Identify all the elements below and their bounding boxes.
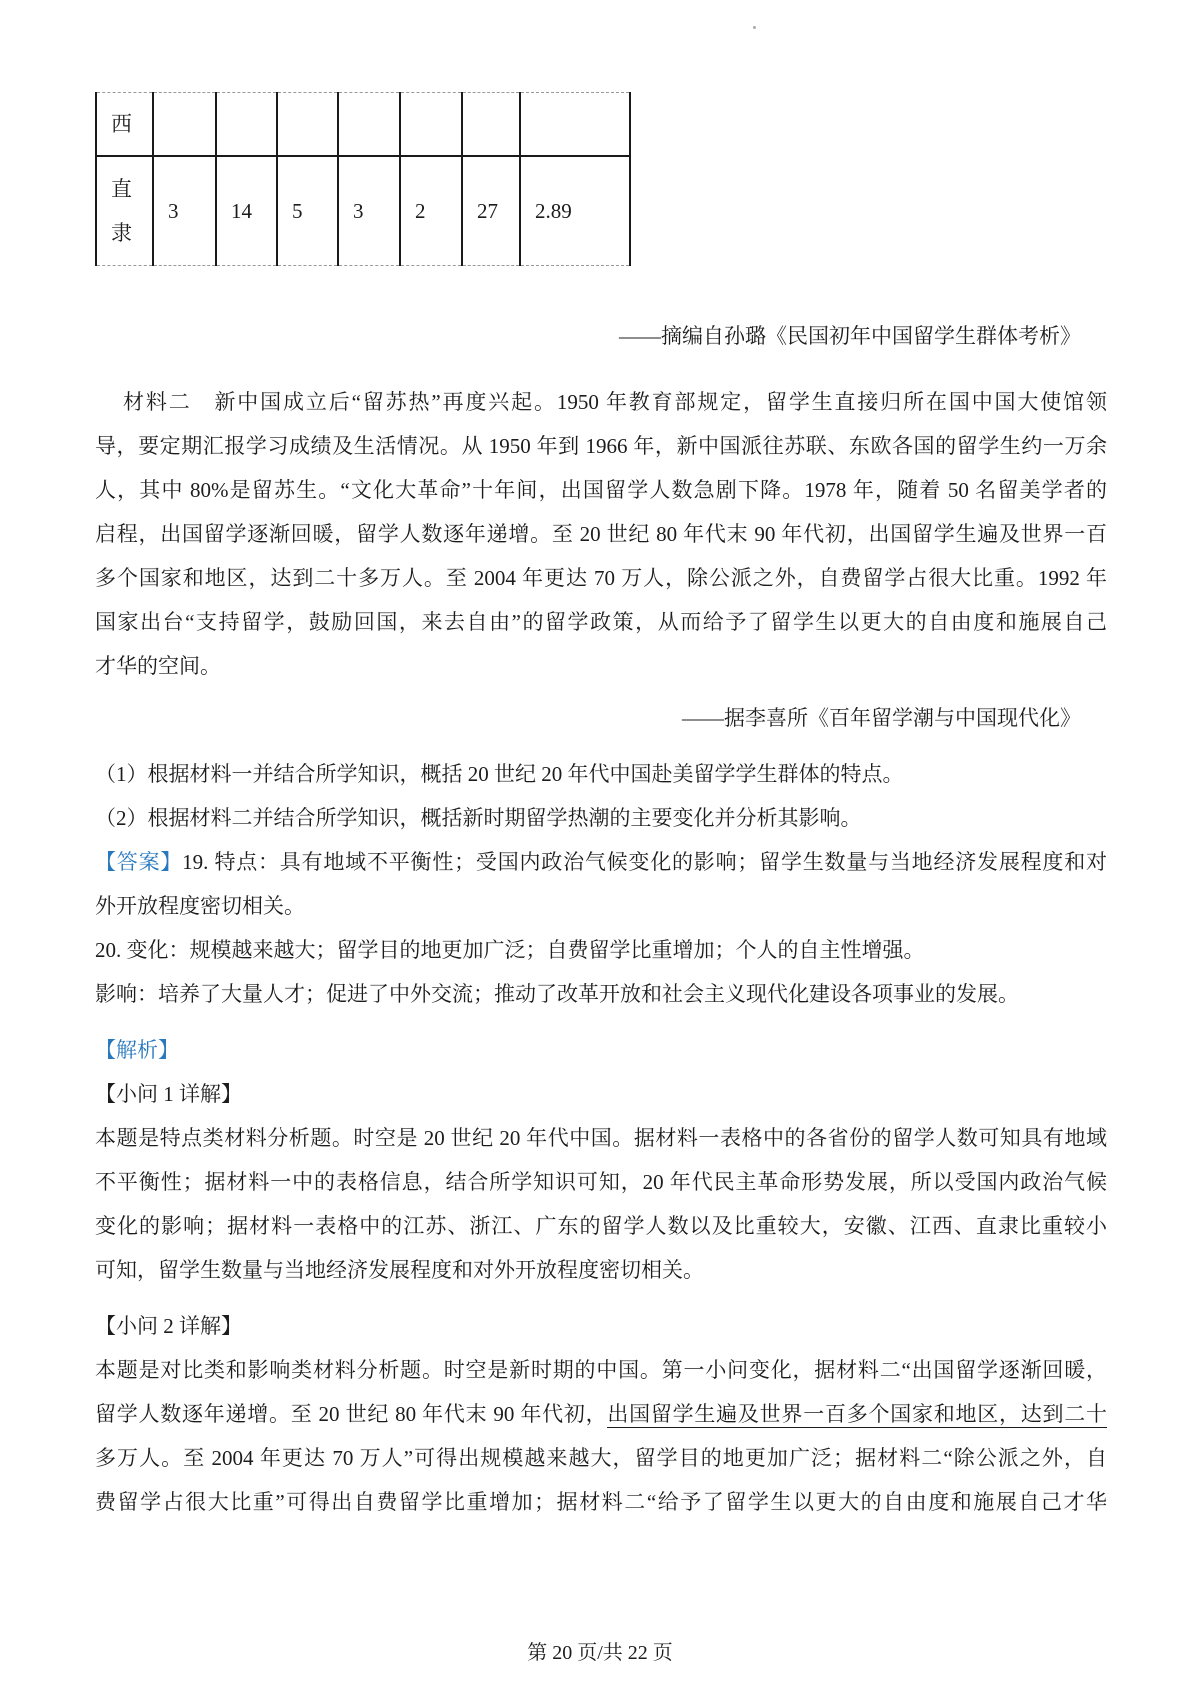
exam-document-page: { "page": { "footer": "第 20 页/共 22 页" },… [0, 0, 1200, 1698]
footer-page-number: 第 20 页/共 22 页 [0, 1638, 1200, 1668]
material2-line: 才华的空间。 [95, 644, 1107, 688]
table-cell [400, 93, 462, 157]
analysis-label: 【解析】 [95, 1028, 1107, 1072]
table-cell [277, 93, 338, 157]
table-row-xi: 西 [96, 93, 630, 157]
table-cell: 27 [462, 156, 520, 266]
material2-line: 导，要定期汇报学习成绩及生活情况。从 1950 年到 1966 年，新中国派往苏… [95, 424, 1107, 468]
subquestion-1-explanation: 本题是特点类材料分析题。时空是 20 世纪 20 年代中国。据材料一表格中的各省… [95, 1116, 1107, 1292]
subquestion-2-header: 【小问 2 详解】 [95, 1304, 1107, 1348]
subquestion-2-explanation: 本题是对比类和影响类材料分析题。时空是新时期的中国。第一小问变化，据材料二“出国… [95, 1348, 1107, 1524]
answer-line: 外开放程度密切相关。 [95, 884, 1107, 928]
table-cell: 3 [338, 156, 400, 266]
answer-line: 【答案】19. 特点：具有地域不平衡性；受国内政治气候变化的影响；留学生数量与当… [95, 840, 1107, 884]
answer-label: 【答案】 [95, 850, 182, 874]
explanation-line: 可知，留学生数量与当地经济发展程度和对外开放程度密切相关。 [95, 1248, 1107, 1292]
underlined-quote: 出国留学生遍及世界一百多个国家和地区，达到二十 [607, 1402, 1107, 1428]
material2-line: 国家出台“支持留学，鼓励回国，来去自由”的留学政策，从而给予了留学生以更大的自由… [95, 600, 1107, 644]
explanation-line: 留学人数逐年递增。至 20 世纪 80 年代末 90 年代初，出国留学生遍及世界… [95, 1392, 1107, 1436]
table-cell [462, 93, 520, 157]
explanation-line: 多万人。至 2004 年更达 70 万人”可得出规模越来越大，留学目的地更加广泛… [95, 1436, 1107, 1480]
table-cell [153, 93, 216, 157]
explanation-line: 本题是对比类和影响类材料分析题。时空是新时期的中国。第一小问变化，据材料二“出国… [95, 1348, 1107, 1392]
explanation-text: 留学人数逐年递增。至 20 世纪 80 年代末 90 年代初， [95, 1402, 607, 1426]
material2-line: 材料二 新中国成立后“留苏热”再度兴起。1950 年教育部规定，留学生直接归所在… [95, 380, 1107, 424]
question-2: （2）根据材料二并结合所学知识，概括新时期留学热潮的主要变化并分析其影响。 [95, 796, 1107, 840]
table-cell: 14 [216, 156, 277, 266]
study-abroad-province-table: 西 直隶 3 14 5 3 2 27 2.89 [95, 92, 631, 266]
answer-line: 影响：培养了大量人才；促进了中外交流；推动了改革开放和社会主义现代化建设各项事业… [95, 972, 1107, 1016]
table-cell [338, 93, 400, 157]
material2-source-attribution: ——据李喜所《百年留学潮与中国现代化》 [95, 696, 1107, 740]
explanation-line: 变化的影响；据材料一表格中的江苏、浙江、广东的留学人数以及比重较大，安徽、江西、… [95, 1204, 1107, 1248]
table-cell: 2.89 [520, 156, 630, 266]
question-1: （1）根据材料一并结合所学知识，概括 20 世纪 20 年代中国赴美留学学生群体… [95, 752, 1107, 796]
material2-line: 多个国家和地区，达到二十多万人。至 2004 年更达 70 万人，除公派之外，自… [95, 556, 1107, 600]
explanation-line: 本题是特点类材料分析题。时空是 20 世纪 20 年代中国。据材料一表格中的各省… [95, 1116, 1107, 1160]
table-row-zhili: 直隶 3 14 5 3 2 27 2.89 [96, 156, 630, 266]
material2-paragraph: 材料二 新中国成立后“留苏热”再度兴起。1950 年教育部规定，留学生直接归所在… [95, 380, 1107, 688]
page-content: 西 直隶 3 14 5 3 2 27 2.89 ——摘编自孙璐《民国初年中国留学… [95, 0, 1107, 1524]
subquestion-1-header: 【小问 1 详解】 [95, 1072, 1107, 1116]
table-cell [216, 93, 277, 157]
answer-text: 19. 特点：具有地域不平衡性；受国内政治气候变化的影响；留学生数量与当地经济发… [182, 850, 1107, 874]
material2-line: 启程，出国留学逐渐回暖，留学人数逐年递增。至 20 世纪 80 年代末 90 年… [95, 512, 1107, 556]
table-cell-province-label: 直隶 [96, 156, 153, 266]
table-cell-province-label: 西 [96, 93, 153, 157]
answer-line: 20. 变化：规模越来越大；留学目的地更加广泛；自费留学比重增加；个人的自主性增… [95, 928, 1107, 972]
explanation-line: 费留学占很大比重”可得出自费留学比重增加；据材料二“给予了留学生以更大的自由度和… [95, 1480, 1107, 1524]
material2-line: 人，其中 80%是留苏生。“文化大革命”十年间，出国留学人数急剧下降。1978 … [95, 468, 1107, 512]
table-cell: 2 [400, 156, 462, 266]
table-cell [520, 93, 630, 157]
explanation-line: 不平衡性；据材料一中的表格信息，结合所学知识可知，20 年代民主革命形势发展，所… [95, 1160, 1107, 1204]
material1-source-attribution: ——摘编自孙璐《民国初年中国留学生群体考析》 [95, 314, 1107, 358]
answer-block: 【答案】19. 特点：具有地域不平衡性；受国内政治气候变化的影响；留学生数量与当… [95, 840, 1107, 1016]
table-cell: 3 [153, 156, 216, 266]
table-cell: 5 [277, 156, 338, 266]
